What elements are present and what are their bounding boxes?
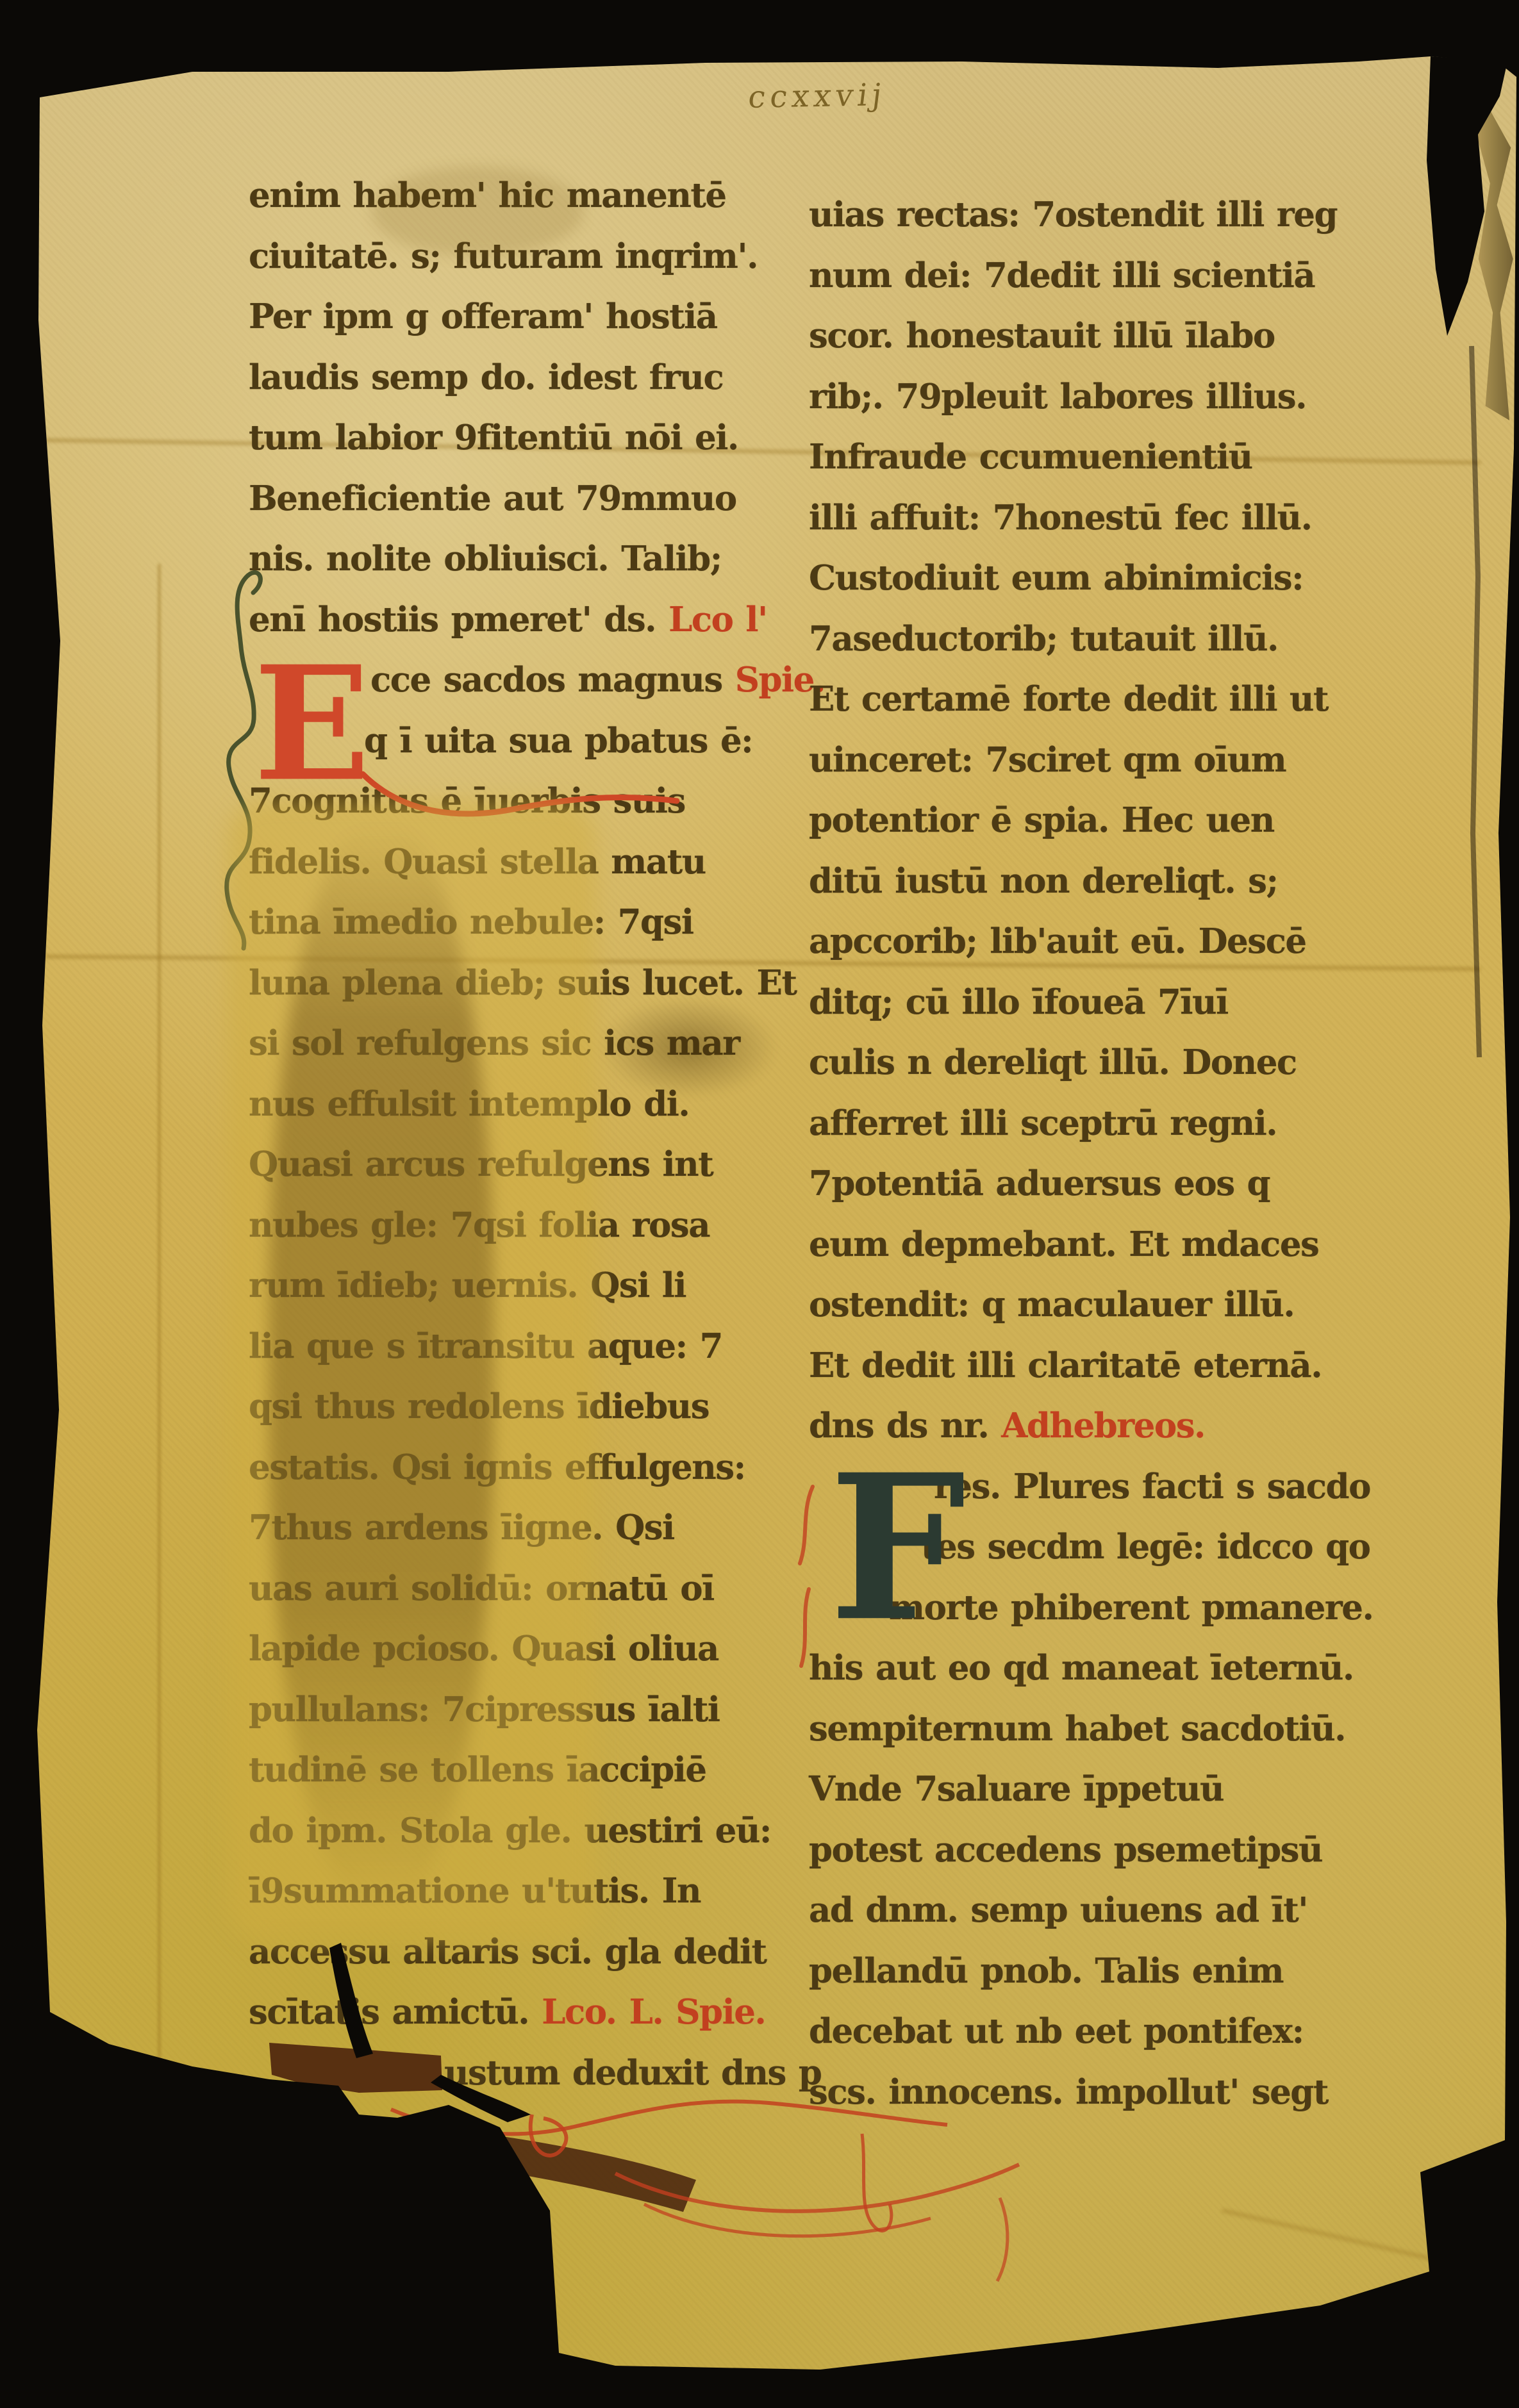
text-line: afferret illi sceptrū regni. [809,1093,1366,1154]
text-line: Infraude ccumuenientiū [809,427,1366,488]
text-segment: tudinē se tollens īaccipiē [249,1750,706,1790]
rubric-segment: Adhebreos. [1001,1406,1205,1446]
text-segment: luna plena dieb; suis lucet. Et [249,963,796,1003]
text-segment: Custodiuit eum abinimicis: [809,558,1303,598]
text-line: illi affuit: 7honestū fec illū. [809,488,1366,548]
left-text-column: enim habem' hic manentēciuitatē. s; futu… [249,165,768,2103]
text-line: ostendit: q maculauer illū. [809,1274,1366,1335]
text-segment: 7potentiā aduersus eos q [809,1164,1270,1203]
red-bottom-flourish [997,2198,1008,2281]
text-segment: tum labior 9fitentiū nōi ei. [249,418,738,458]
illuminated-initial-E: E [254,646,370,803]
text-line: ad dnm. semp uiuens ad īt' [809,1880,1366,1941]
text-line: nubes gle: 7qsi folia rosa [249,1195,768,1256]
text-line: si sol refulgens sic ics mar [249,1013,768,1074]
text-segment: nubes gle: 7qsi folia rosa [249,1205,710,1245]
red-bottom-flourish [862,2134,892,2231]
text-segment: qsi thus redolens īdiebus [249,1387,709,1426]
text-segment: cce sacdos magnus [370,660,735,700]
text-line: pullulans: 7cipressus īalti [249,1679,768,1740]
text-line: uinceret: 7sciret qm oīum [809,730,1366,791]
text-line: num dei: 7dedit illi scientiā [809,245,1366,306]
text-segment: afferret illi sceptrū regni. [809,1103,1277,1143]
text-segment: lapide pcioso. Quasi oliua [249,1629,718,1669]
text-segment: accessu altaris sci. gla dedit [249,1932,767,1972]
text-segment: ostendit: q maculauer illū. [809,1285,1294,1324]
text-segment: 7aseductorib; tutauit illū. [809,619,1278,659]
text-line: uias rectas: 7ostendit illi reg [809,185,1366,245]
text-segment: rum īdieb; uernis. Qsi li [249,1266,686,1305]
text-segment: Per ipm g offeram' hostiā [249,297,717,336]
text-line: 7aseductorib; tutauit illū. [809,609,1366,670]
text-line: culis n dereliqt illū. Donec [809,1032,1366,1093]
text-segment: nis. nolite obliuisci. Talib; [249,539,722,579]
corner-fold-crease [1222,2209,1519,2288]
illuminated-initial-F: F [829,1448,966,1648]
text-line: potentior ē spia. Hec uen [809,790,1366,851]
red-bottom-flourish [644,2204,931,2236]
text-line: tum labior 9fitentiū nōi ei. [249,408,768,468]
text-segment: lia que s ītransitu aque: 7 [249,1326,722,1366]
text-line: nis. nolite obliuisci. Talib; [249,529,768,590]
vertical-fold-crease [158,564,161,2204]
text-line: uas auri solidū: ornatū oī [249,1558,768,1619]
text-segment: nus effulsit intemplo di. [249,1084,689,1124]
text-segment: laudis semp do. idest fruc [249,358,723,397]
text-line: accessu altaris sci. gla dedit [249,1922,768,1983]
text-segment: decebat ut nb eet pontifex: [809,2011,1304,2051]
text-segment: ad dnm. semp uiuens ad īt' [809,1890,1307,1930]
text-line: 7potentiā aduersus eos q [809,1153,1366,1214]
right-text-column: uias rectas: 7ostendit illi regnum dei: … [809,185,1366,2122]
text-line: lia que s ītransitu aque: 7 [249,1316,768,1377]
text-segment: ciuitatē. s; futuram inqrim'. [249,236,758,276]
text-segment: eum depmebant. Et mdaces [809,1225,1318,1264]
text-line: rum īdieb; uernis. Qsi li [249,1255,768,1316]
text-line: Beneficientie aut 79mmuo [249,468,768,529]
text-line: Et dedit illi claritatē eternā. [809,1335,1366,1396]
text-segment: q ī uita sua pbatus ē: [364,721,752,761]
text-line: enim habem' hic manentē [249,165,768,226]
text-line: qsi thus redolens īdiebus [249,1376,768,1437]
text-line: laudis semp do. idest fruc [249,347,768,408]
text-segment: tina īmedio nebule: 7qsi [249,902,693,942]
text-line: 7thus ardens īigne. Qsi [249,1497,768,1558]
text-segment: scītatis amictū. [249,1992,542,2032]
text-segment: do ipm. Stola gle. uestiri eū: [249,1811,771,1851]
torn-edge-fringe [1472,62,1518,420]
text-line: Et certamē forte dedit illi ut [809,669,1366,730]
text-segment: ditq; cū illo īfoueā 7īuī [809,982,1228,1022]
text-line: ciuitatē. s; futuram inqrim'. [249,226,768,287]
text-line: eum depmebant. Et mdaces [809,1214,1366,1275]
text-line: luna plena dieb; suis lucet. Et [249,953,768,1014]
text-line: do ipm. Stola gle. uestiri eū: [249,1801,768,1861]
text-segment: Beneficientie aut 79mmuo [249,479,736,518]
red-bottom-flourish [531,2115,567,2156]
text-line: estatis. Qsi ignis effulgens: [249,1437,768,1498]
text-segment: potentior ē spia. Hec uen [809,800,1274,840]
photo-backdrop: ccxxvij enim habem' hic manentēciuitatē.… [0,0,1519,2408]
repair-band [488,2135,696,2212]
text-segment: ī9summatione u'tutis. In [249,1871,701,1911]
text-line: scītatis amictū. Lco. L. Spie. [249,1982,768,2043]
text-line: ditq; cū illo īfoueā 7īuī [809,972,1366,1033]
text-line: Vnde 7saluare īppetuū [809,1759,1366,1820]
text-segment: illi affuit: 7honestū fec illū. [809,498,1312,538]
red-bottom-flourish [615,2165,1019,2211]
text-segment: res. Plures facti s sacdo [934,1467,1370,1506]
text-segment: Infraude ccumuenientiū [809,437,1252,477]
text-line: decebat ut nb eet pontifex: [809,2001,1366,2062]
text-line: Quasi arcus refulgens int [249,1134,768,1195]
text-segment: pellandū pnob. Talis enim [809,1951,1283,1991]
text-segment: scs. innocens. impollut' segt [809,2072,1328,2112]
text-line: apccorib; lib'auit eū. Descē [809,911,1366,972]
text-segment: Et dedit illi claritatē eternā. [809,1346,1322,1385]
text-line: lapide pcioso. Quasi oliua [249,1619,768,1679]
text-line: potest accedens psemetipsū [809,1820,1366,1881]
text-segment: ditū iustū non dereliqt. s; [809,861,1278,901]
parchment-leaf: ccxxvij enim habem' hic manentēciuitatē.… [0,0,1519,2408]
text-line: tina īmedio nebule: 7qsi [249,892,768,953]
text-segment: uias rectas: 7ostendit illi reg [809,195,1337,235]
text-line: pellandū pnob. Talis enim [809,1941,1366,2002]
text-line: rib;. 79pleuit labores illius. [809,367,1366,427]
text-segment: Et certamē forte dedit illi ut [809,679,1328,719]
text-line: ustum deduxit dns p [249,2043,768,2104]
text-segment: Vnde 7saluare īppetuū [809,1769,1224,1809]
text-line: sempiternum habet sacdotiū. [809,1699,1366,1760]
text-line: nus effulsit intemplo di. [249,1074,768,1135]
text-segment: uas auri solidū: ornatū oī [249,1569,714,1608]
text-segment: scor. honestauit illū īlabo [809,316,1275,356]
text-segment: Quasi arcus refulgens int [249,1144,713,1184]
text-line: ī9summatione u'tutis. In [249,1861,768,1922]
text-segment: uinceret: 7sciret qm oīum [809,740,1286,780]
text-segment: culis n dereliqt illū. Donec [809,1043,1297,1082]
text-segment: 7thus ardens īigne. Qsi [249,1508,674,1547]
text-segment: rib;. 79pleuit labores illius. [809,377,1306,416]
text-line: scs. innocens. impollut' segt [809,2062,1366,2123]
right-edge-split-line [1472,346,1479,1057]
text-segment: enim habem' hic manentē [249,176,726,215]
text-line: fidelis. Quasi stella matu [249,832,768,893]
rubric-segment: Lco. L. Spie. [542,1992,765,2032]
text-segment: pullulans: 7cipressus īalti [249,1690,719,1729]
text-segment: potest accedens psemetipsū [809,1830,1322,1870]
text-segment: sempiternum habet sacdotiū. [809,1709,1345,1749]
text-segment: apccorib; lib'auit eū. Descē [809,921,1306,961]
text-segment: tes secdm legē: idcco qo [921,1527,1370,1567]
rubric-segment: Lco l' [668,600,767,639]
text-line: Custodiuit eum abinimicis: [809,548,1366,609]
text-segment: ustum deduxit dns p [444,2053,821,2093]
text-line: tudinē se tollens īaccipiē [249,1740,768,1801]
text-line: Per ipm g offeram' hostiā [249,286,768,347]
text-segment: num dei: 7dedit illi scientiā [809,256,1315,295]
text-line: ditū iustū non dereliqt. s; [809,851,1366,912]
text-line: scor. honestauit illū īlabo [809,306,1366,367]
text-segment: si sol refulgens sic ics mar [249,1023,740,1063]
folio-number: ccxxvij [746,77,888,115]
text-segment: estatis. Qsi ignis effulgens: [249,1447,745,1487]
text-segment: fidelis. Quasi stella matu [249,842,706,882]
